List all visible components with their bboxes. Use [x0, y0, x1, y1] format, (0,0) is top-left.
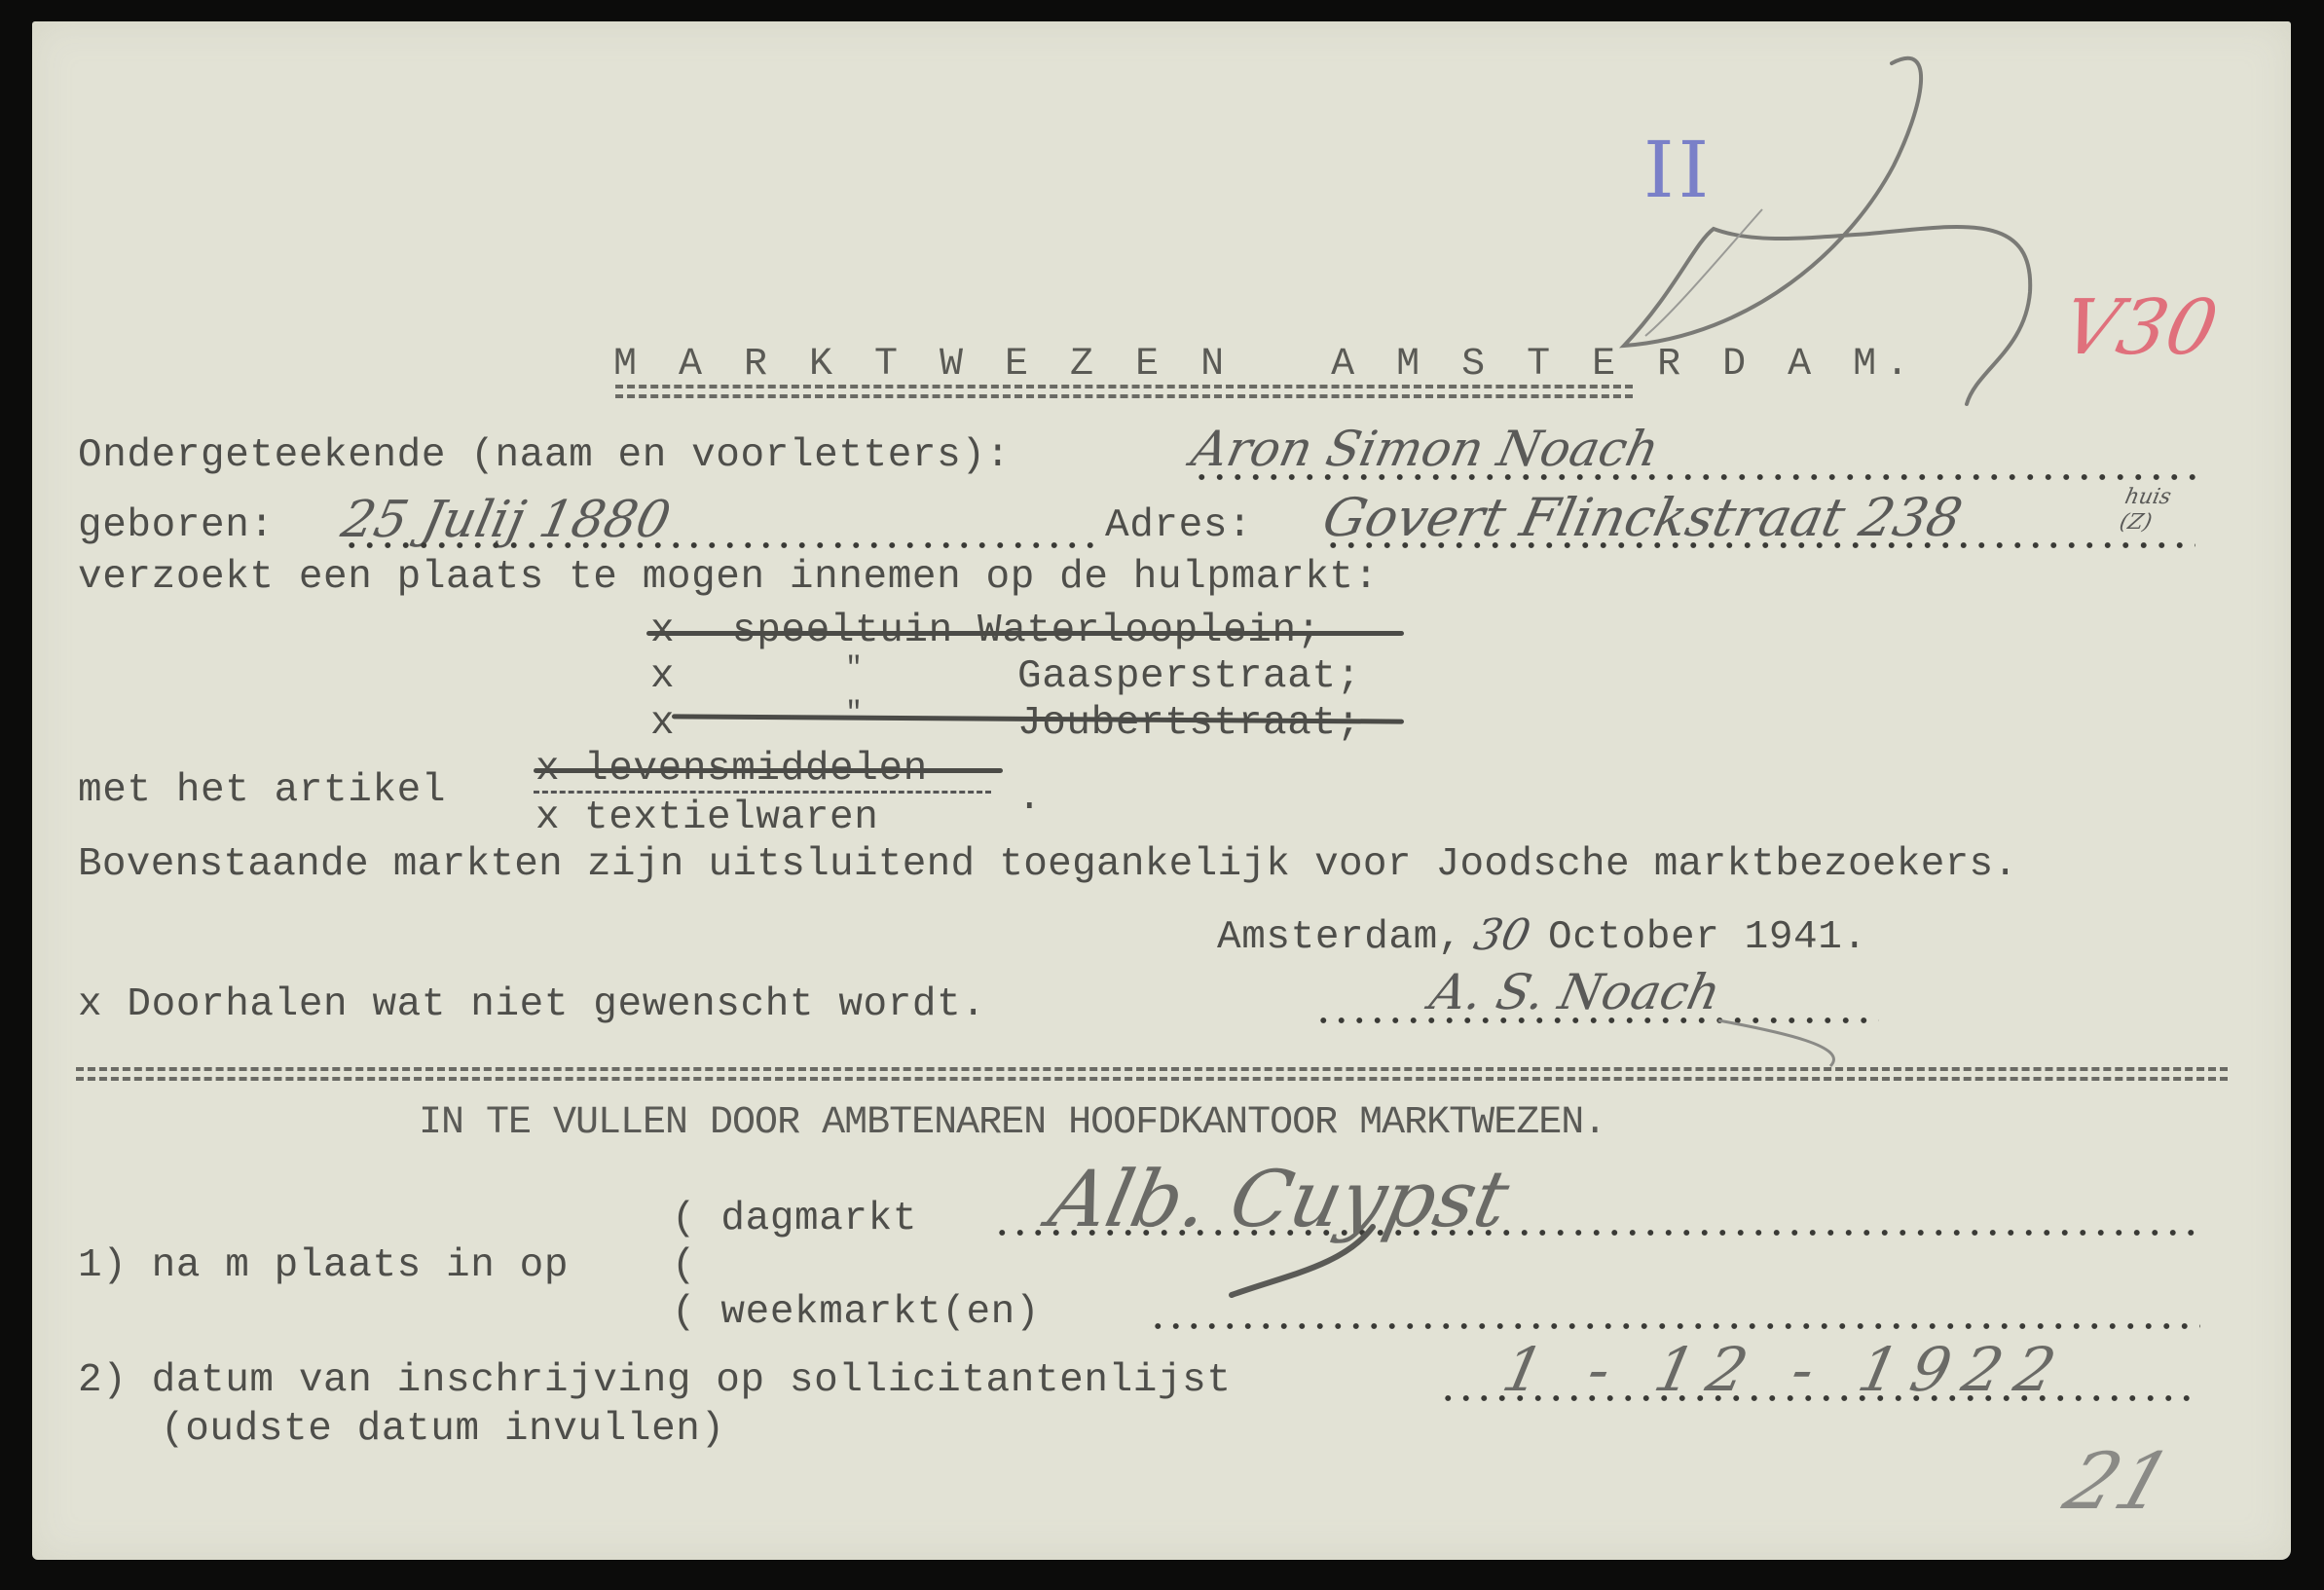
pencil-loop-mark	[0, 0, 2324, 1590]
